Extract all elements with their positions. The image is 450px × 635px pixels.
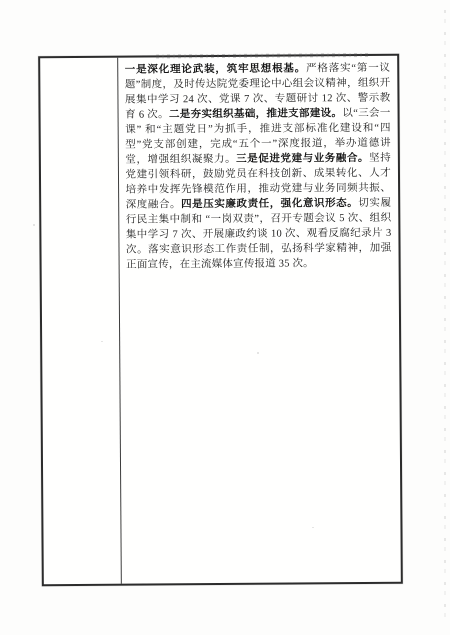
scan-speck xyxy=(33,224,35,226)
scan-artifact-right-edge xyxy=(444,10,446,625)
report-table: 一是深化理论武装，筑牢思想根基。严格落实“第一议题”制度，及时传达院党委理论中心… xyxy=(38,54,403,587)
section-lead-run: 二是夯实组织基础，推进支部建设。 xyxy=(169,108,342,120)
table-label-cell xyxy=(40,58,122,585)
section-lead-run: 三是促进党建与业务融合。 xyxy=(236,153,369,165)
scan-speck xyxy=(257,352,259,354)
section-lead-run: 四是压实廉政责任，强化意识形态。 xyxy=(181,198,358,210)
scanned-document-page: 一是深化理论武装，筑牢思想根基。严格落实“第一议题”制度，及时传达院党委理论中心… xyxy=(0,0,450,635)
scan-speck xyxy=(312,527,314,528)
scan-speck xyxy=(101,341,103,342)
summary-paragraph: 一是深化理论武装，筑牢思想根基。严格落实“第一议题”制度，及时传达院党委理论中心… xyxy=(125,61,392,273)
table-content-cell: 一是深化理论武装，筑牢思想根基。严格落实“第一议题”制度，及时传达院党委理论中心… xyxy=(119,56,401,584)
section-lead-run: 一是深化理论武装，筑牢思想根基。 xyxy=(125,63,306,75)
